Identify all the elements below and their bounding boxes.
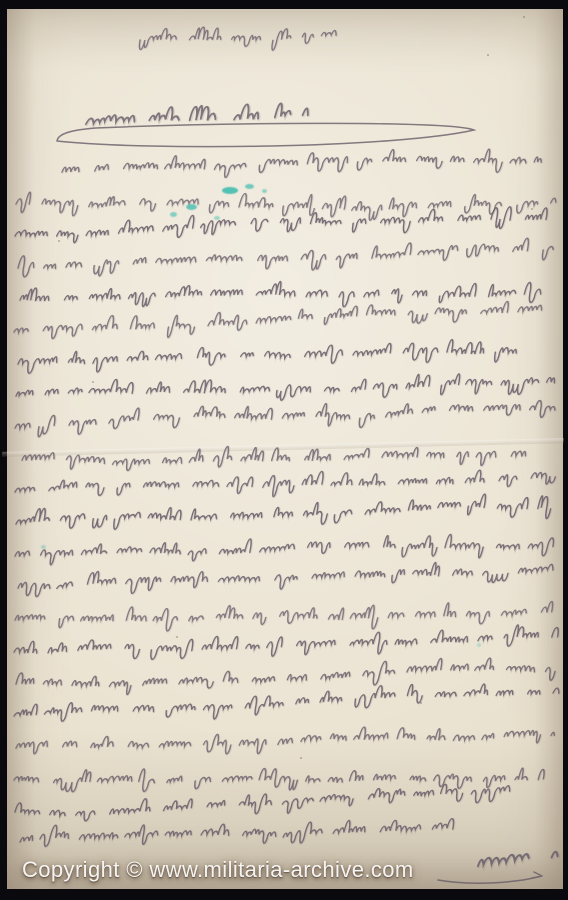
handwritten-line-body-4 (16, 237, 568, 279)
copyright-watermark: Copyright © www.militaria-archive.com (22, 857, 414, 883)
handwritten-line-salutation (86, 102, 323, 125)
handwritten-line-body-19 (13, 721, 568, 761)
handwritten-line-body-5 (16, 273, 557, 317)
handwritten-line-body-15 (11, 594, 565, 640)
handwritten-line-signature (478, 848, 568, 867)
handwritten-line-body-1 (59, 145, 555, 184)
handwritten-line-body-20 (9, 757, 563, 800)
handwritten-line-body-12 (14, 492, 568, 535)
handwritten-line-date-line (137, 23, 351, 53)
handwritten-line-body-18 (12, 680, 568, 726)
handwritten-line-body-16 (11, 624, 568, 664)
handwritten-line-body-3 (13, 205, 565, 245)
handwritten-line-body-21 (13, 782, 527, 823)
handwritten-line-body-14 (16, 558, 568, 598)
handwritten-line-body-6 (12, 300, 553, 342)
handwritten-line-body-7 (15, 337, 528, 376)
handwritten-line-body-13 (12, 530, 568, 571)
salutation-underline-oval (57, 123, 474, 146)
handwritten-line-body-10 (18, 438, 544, 479)
scan-background: Copyright © www.militaria-archive.com (0, 0, 568, 900)
handwritten-line-body-9 (13, 395, 568, 438)
handwritten-line-body-8 (13, 367, 568, 409)
handwriting-layer (0, 0, 568, 900)
signature-underline-arrow (438, 872, 542, 883)
handwritten-line-body-11 (12, 464, 568, 504)
